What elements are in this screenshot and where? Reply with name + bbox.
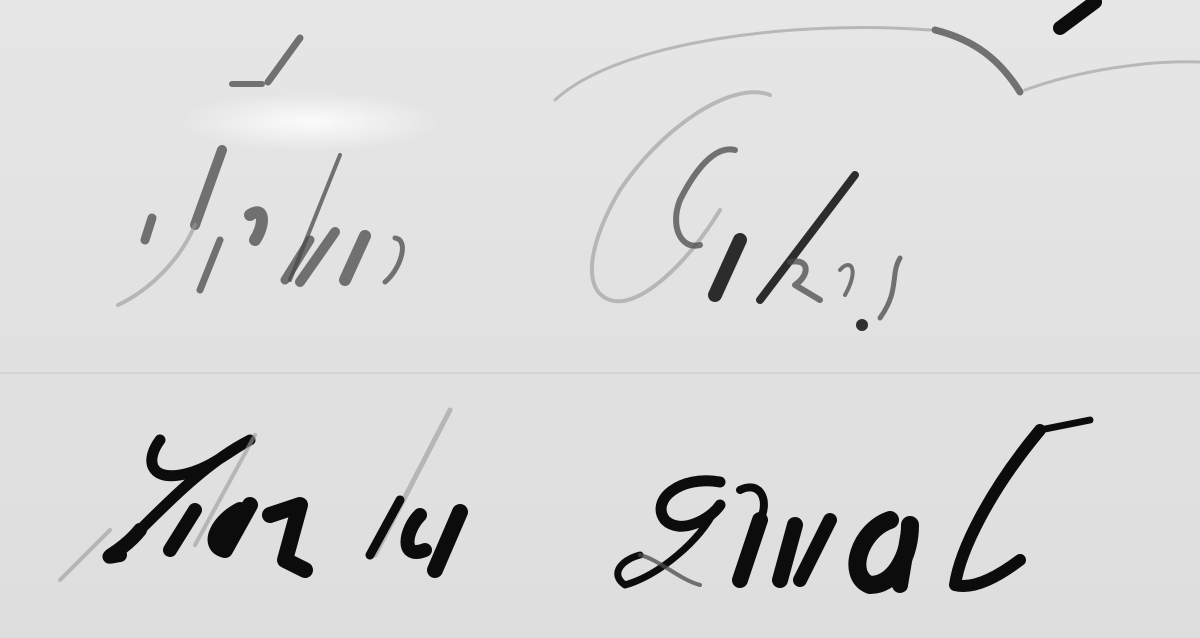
small-mark-above-entry (232, 38, 300, 84)
handwriting-ink-layer (0, 0, 1200, 638)
flourish-over-surname (555, 28, 1200, 100)
scanned-document-page: John Oakes Charles Duval (0, 0, 1200, 638)
entry-1-name: John Oakes (150, 150, 609, 243)
entry-2-name: Charles Duval (90, 440, 662, 533)
edge-stroke-mark (1060, 2, 1095, 28)
